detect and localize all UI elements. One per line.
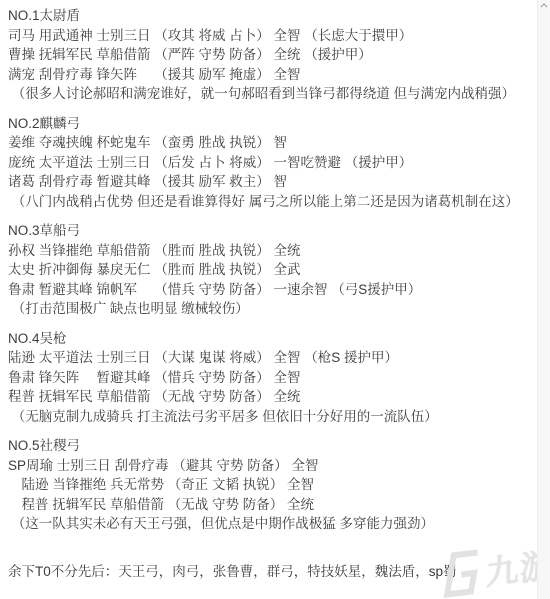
tier-section: NO.3草船弓 孙权 当锋摧绝 草船借箭 （胜而 胜战 执锐） 全统太史 折冲御…: [8, 221, 542, 319]
tier-section: NO.2麒麟弓 姜维 夺魂挟魄 杯蛇鬼车 （蛮勇 胜战 执锐） 智庞统 太平道法…: [8, 114, 542, 212]
chevron-up-icon[interactable]: [538, 3, 550, 8]
unit-line: 司马 用武通神 士别三日 （攻其 将威 占卜） 全智 （长虑大于擐甲）: [8, 26, 542, 46]
unit-line: 陆逊 太平道法 士别三日 （大谋 鬼谋 将威） 全智 （枪S 援护甲）: [8, 348, 542, 368]
unit-line: 程普 抚辑军民 草船借箭 （无战 守势 防备） 全统: [8, 387, 542, 407]
section-lines: 孙权 当锋摧绝 草船借箭 （胜而 胜战 执锐） 全统太史 折冲御侮 暴戾无仁 （…: [8, 241, 542, 319]
tier-section: NO.4吴枪 陆逊 太平道法 士别三日 （大谋 鬼谋 将威） 全智 （枪S 援护…: [8, 329, 542, 427]
section-title: NO.2麒麟弓: [8, 114, 542, 134]
unit-line: 鲁肃 暂避其峰 锦帆军 （惜兵 守势 防备） 一速余智 （弓S援护甲）: [8, 280, 542, 300]
section-lines: 司马 用武通神 士别三日 （攻其 将威 占卜） 全智 （长虑大于擐甲）曹操 抚辑…: [8, 26, 542, 104]
section-lines: SP周瑜 士别三日 刮骨疗毒 （避其 守势 防备） 全智 陆逊 当锋摧绝 兵无常…: [8, 456, 542, 534]
unit-line: 程普 抚辑军民 草船借箭 （无战 守势 防备） 全统: [8, 495, 542, 515]
tier-section: NO.1太尉盾 司马 用武通神 士别三日 （攻其 将威 占卜） 全智 （长虑大于…: [8, 6, 542, 104]
remaining-t0-line: 余下T0不分先后：天王弓，肉弓，张鲁曹，群弓，特技妖星，魏法盾，sp蜀: [8, 562, 542, 582]
unit-line: SP周瑜 士别三日 刮骨疗毒 （避其 守势 防备） 全智: [8, 456, 542, 476]
vertical-scrollbar[interactable]: [537, 0, 550, 599]
unit-line: 诸葛 刮骨疗毒 暂避其峰 （援其 励军 救主） 智: [8, 172, 542, 192]
unit-line: 陆逊 当锋摧绝 兵无常势 （奇正 文韬 执锐） 全智: [8, 475, 542, 495]
page: { "page": { "background": "#ffffff", "te…: [0, 0, 550, 599]
section-comment: （很多人讨论郝昭和满宠谁好，就一句郝昭看到当锋弓都得绕道 但与满宠内战稍强）: [8, 84, 542, 104]
unit-line: 太史 折冲御侮 暴戾无仁 （胜而 胜战 执锐） 全武: [8, 260, 542, 280]
unit-line: 孙权 当锋摧绝 草船借箭 （胜而 胜战 执锐） 全统: [8, 241, 542, 261]
unit-line: 满宠 刮骨疗毒 锋矢阵 （援其 励军 掩虚） 全智: [8, 65, 542, 85]
section-comment: （打击范围极广 缺点也明显 缴械较伤）: [8, 299, 542, 319]
unit-line: 姜维 夺魂挟魄 杯蛇鬼车 （蛮勇 胜战 执锐） 智: [8, 133, 542, 153]
tier-section: NO.5社稷弓 SP周瑜 士别三日 刮骨疗毒 （避其 守势 防备） 全智 陆逊 …: [8, 436, 542, 534]
section-title: NO.5社稷弓: [8, 436, 542, 456]
section-title: NO.3草船弓: [8, 221, 542, 241]
section-title: NO.4吴枪: [8, 329, 542, 349]
unit-line: 曹操 抚辑军民 草船借箭 （严阵 守势 防备） 全统 （援护甲）: [8, 45, 542, 65]
section-lines: 陆逊 太平道法 士别三日 （大谋 鬼谋 将威） 全智 （枪S 援护甲）鲁肃 锋矢…: [8, 348, 542, 426]
unit-line: 庞统 太平道法 士别三日 （后发 占卜 将威） 一智吃赞避 （援护甲）: [8, 153, 542, 173]
section-title: NO.1太尉盾: [8, 6, 542, 26]
sections-container: NO.1太尉盾 司马 用武通神 士别三日 （攻其 将威 占卜） 全智 （长虑大于…: [8, 6, 542, 534]
section-comment: （这一队其实未必有天王弓强，但优点是中期作战极猛 多穿能力强劲）: [8, 514, 542, 534]
unit-line: 鲁肃 锋矢阵 暂避其峰 （惜兵 守势 防备） 全智: [8, 368, 542, 388]
section-lines: 姜维 夺魂挟魄 杯蛇鬼车 （蛮勇 胜战 执锐） 智庞统 太平道法 士别三日 （后…: [8, 133, 542, 211]
tier-list-article: NO.1太尉盾 司马 用武通神 士别三日 （攻其 将威 占卜） 全智 （长虑大于…: [8, 6, 542, 581]
section-comment: （无脑克制九成骑兵 打主流法弓劣平居多 但依旧十分好用的一流队伍）: [8, 407, 542, 427]
section-comment: （八门内战稍占优势 但还是看谁算得好 属弓之所以能上第二还是因为诸葛机制在这）: [8, 192, 542, 212]
